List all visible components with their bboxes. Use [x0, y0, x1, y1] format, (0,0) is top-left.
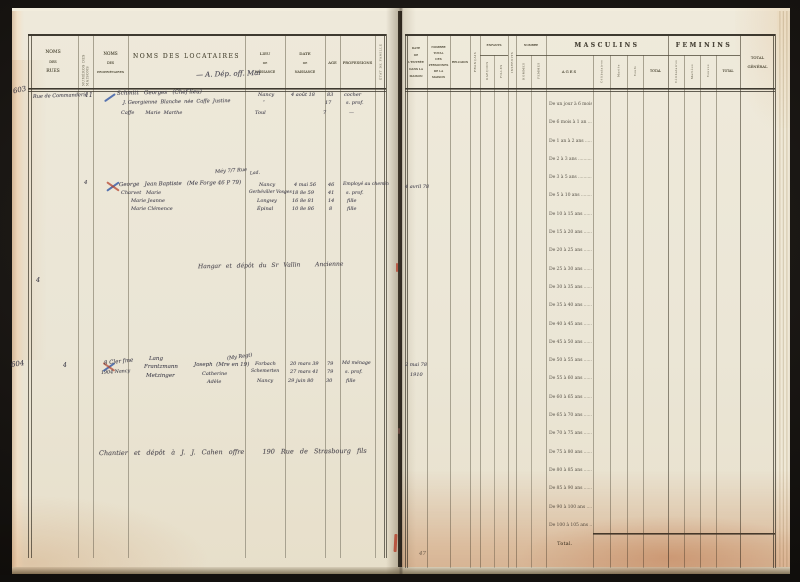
age-range-row: De 1 an à 2 ans — [549, 133, 592, 151]
hw-entry-date: 2 mai 78 — [405, 362, 427, 368]
header-line: DE — [414, 53, 418, 57]
hw-profession: fille — [347, 198, 357, 204]
banner-masculins: MASCULINS — [546, 36, 668, 54]
hw-profession: s. prof. — [346, 190, 364, 196]
hw-tenant-name: Frantzmann — [144, 364, 178, 370]
header-line: DES — [435, 57, 441, 61]
hw-age: 46 — [328, 182, 334, 188]
header-line: DANS LA — [409, 67, 423, 71]
hw-age: 79 — [327, 361, 333, 367]
hw-profession: — — [349, 110, 354, 116]
age-range-row: De 40 à 45 ans — [549, 316, 592, 334]
header-line: AGES — [562, 69, 577, 74]
hw-profession: cocher — [344, 92, 361, 98]
ink-tick — [398, 428, 400, 434]
column-header-f-veuves: Veuves — [701, 56, 715, 86]
hw-profession: s. prof. — [345, 369, 363, 375]
column-header-lieu-naissance: LIEU DE NAISSANCE — [245, 36, 285, 88]
hw-birthplace: Nancy — [258, 92, 274, 98]
column-header-filles: FILLES — [495, 56, 507, 86]
column-header-date-naissance: DATE DE NAISSANCE — [285, 36, 325, 88]
column-header-age: AGE — [325, 36, 340, 88]
age-range-row: De 80 à 85 ans — [549, 462, 592, 480]
hw-birthdate: 27 mars 41 — [290, 369, 319, 375]
age-range-row: De un jour à 6 mois — [549, 96, 592, 114]
age-range-row: De 70 à 75 ans — [549, 425, 592, 443]
age-range-row: De 3 à 5 ans — [549, 169, 592, 187]
banner-text: FEMININS — [676, 42, 732, 49]
hw-tenant-name: Marie Clémence — [131, 206, 173, 212]
header-line: MAISON — [432, 75, 445, 79]
column-header-m-total: TOTAL — [643, 55, 668, 87]
header-line: TOTAL — [722, 69, 733, 73]
hw-age: 30 — [326, 378, 332, 384]
hw-tenant-name: Joseph (Mre en 19) — [194, 362, 249, 368]
group-header-enfants: ENFANTS — [480, 38, 508, 52]
column-header-m-celibataires: Célibataires — [594, 56, 609, 86]
header-line: NOMBRE — [431, 45, 445, 49]
hw-profession: s. prof. — [346, 100, 364, 106]
group-header-nombre: NOMBRE — [516, 38, 546, 52]
hw-tenant-name: Charvet Marie — [121, 190, 161, 196]
hw-entry-date: 1910 — [410, 372, 423, 378]
header-line: TOTAL — [650, 69, 661, 73]
age-range-row: De 45 à 50 ans — [549, 334, 592, 352]
hw-margin-annotation: Lad. — [250, 171, 260, 177]
header-line: TOTAL — [433, 51, 443, 55]
age-range-row: De 55 à 60 ans — [549, 370, 592, 388]
column-header-total-general: TOTAL GÉNÉRAL — [740, 36, 775, 88]
header-line: RELIGION — [452, 60, 468, 64]
hw-profession: Employé au chemin — [343, 182, 389, 187]
hw-age: 8 — [329, 206, 332, 212]
hw-age: 79 — [327, 369, 333, 375]
hw-tenant-name: Caffe Marie Marthe — [121, 110, 182, 116]
column-header-numeros-maisons: NUMÉROS DES MAISONS — [79, 38, 92, 86]
hw-birthplace: Longwy — [257, 198, 277, 204]
column-header-etat-famille: ÉTAT DE FAMILLE — [376, 38, 385, 86]
age-range-row: De 15 à 20 ans — [549, 224, 592, 242]
column-header-instruits: INSTRUITS — [508, 38, 516, 86]
hw-ditto-mark: ″ — [263, 100, 265, 106]
column-header-hommes: HOMMES — [517, 56, 530, 86]
column-header-m-veufs: Veufs — [628, 56, 642, 86]
hw-birthplace: Gerbéviller Vosges — [249, 190, 292, 195]
header-line: PROPRIÉTAIRES — [97, 70, 124, 74]
header-line: NOMS — [103, 51, 117, 56]
header-line: DE LA — [434, 69, 443, 73]
column-header-f-mariees: Mariées — [685, 56, 699, 86]
header-line: PERSONNES — [429, 63, 449, 67]
hw-tenant-name: Adèle — [207, 379, 221, 385]
hw-tenant-name: Metzinger — [146, 373, 175, 379]
age-range-row: De 2 à 3 ans — [549, 151, 592, 169]
column-header-garcons: GARÇONS — [481, 56, 493, 86]
hw-birthdate: 4 mai 56 — [294, 182, 316, 188]
header-line: TOTAL — [751, 55, 764, 60]
hw-age: 14 — [328, 198, 334, 204]
column-header-rues: NOMS DES RUES — [28, 36, 78, 88]
hw-birthplace: Schemerten — [251, 369, 279, 374]
column-header-nombre-personnes: NOMBRE TOTAL DES PERSONNES DE LA MAISON — [427, 36, 450, 88]
age-range-row: De 30 à 35 ans — [549, 279, 592, 297]
header-line: DE — [303, 61, 308, 65]
age-range-row: De 65 à 70 ans — [549, 407, 592, 425]
age-range-row: De 85 à 90 ans — [549, 480, 592, 498]
hw-margin-mark: 4 — [36, 276, 40, 284]
hw-entry-date: 4 avril 78 — [405, 184, 429, 190]
hw-birthdate: 20 mars 39 — [290, 361, 319, 367]
hw-birthplace: Nancy — [259, 182, 275, 188]
hw-birthdate: 10 8e 86 — [292, 206, 314, 212]
header-line: DATE — [412, 46, 420, 50]
hw-birthplace: Épinal — [257, 206, 273, 212]
column-header-femmes: FEMMES — [532, 56, 545, 86]
column-header-ages: AGES — [546, 55, 593, 87]
hw-profession: fille — [346, 378, 356, 384]
header-line: DATE — [299, 51, 310, 56]
age-range-row: De 35 à 40 ans — [549, 297, 592, 315]
hw-foot-number: 47 — [419, 551, 426, 557]
header-line: AGE — [328, 60, 337, 65]
banner-text: MASCULINS — [575, 42, 640, 49]
header-line: L'ENTRÉE — [408, 60, 424, 64]
age-range-row: De 6 mois à 1 an — [549, 114, 592, 132]
age-range-row: De 60 à 65 ans — [549, 389, 592, 407]
header-line: NAISSANCE — [295, 70, 316, 74]
column-header-f-celibataires: Célibataires — [669, 56, 683, 86]
age-range-row: De 20 à 25 ans — [549, 242, 592, 260]
header-line: GÉNÉRAL — [747, 64, 767, 69]
hw-age: 7 — [323, 110, 326, 116]
age-range-row: De 10 à 15 ans — [549, 206, 592, 224]
hw-birthdate: 16 8e 81 — [292, 198, 314, 204]
header-line: DES — [107, 61, 114, 65]
banner-feminins: FEMININS — [668, 36, 740, 54]
age-range-row: De 90 à 100 ans — [549, 499, 592, 517]
header-line: LIEU — [260, 51, 271, 56]
hw-birthplace: Forbach — [255, 361, 276, 367]
photo-background: NOMS DES RUES NUMÉROS DES MAISONS NOMS D… — [0, 0, 800, 582]
hw-birthplace: Toul — [255, 110, 266, 116]
age-range-row: De 5 à 10 ans — [549, 187, 592, 205]
hw-age: 83 — [327, 92, 333, 98]
hw-house-number: 4 — [63, 362, 67, 369]
hw-profession: fille — [347, 206, 357, 212]
header-line: DE — [263, 61, 268, 65]
header-line: NOMS DES LOCATAIRES — [133, 53, 240, 60]
hw-house-number: 11 — [85, 92, 93, 99]
hw-house-number: 4 — [84, 180, 88, 186]
header-line: NOMS — [45, 50, 60, 55]
column-header-m-maries: Mariés — [611, 56, 626, 86]
hw-birthplace: Nancy — [257, 378, 273, 384]
hw-age: 41 — [328, 190, 334, 196]
hw-tenant-name: Catherine — [202, 371, 227, 377]
hw-tenant-name: Lang — [149, 356, 163, 362]
hw-tenant-name: Marie Jeanne — [131, 198, 165, 204]
column-header-francais: FRANÇAIS — [471, 38, 479, 86]
header-line: ENFANTS — [487, 43, 502, 47]
header-line: RUES — [46, 69, 60, 74]
header-line: DES — [49, 60, 57, 64]
total-row-label: Total. — [540, 542, 590, 547]
column-header-professions: PROFESSIONS — [340, 36, 375, 88]
header-line: MAISON — [409, 74, 422, 78]
hw-profession: Md ménage — [342, 361, 371, 366]
column-header-proprietaires: NOMS DES PROPRIÉTAIRES — [93, 36, 128, 88]
hw-age: 17 — [325, 100, 331, 106]
header-line: NOMBRE — [524, 43, 538, 47]
hw-birthdate: 29 juin 80 — [288, 378, 314, 384]
hw-birthdate: 4 août 18 — [291, 92, 315, 98]
red-pencil-mark — [396, 263, 398, 272]
age-range-row: De 75 à 80 ans — [549, 444, 592, 462]
age-range-row: De 100 à 105 ans — [549, 517, 592, 535]
age-range-row: De 50 à 55 ans — [549, 352, 592, 370]
column-header-f-total: TOTAL — [716, 55, 740, 87]
hw-birthdate: 18 8e 59 — [292, 190, 314, 196]
column-header-date-entree: DATE DE L'ENTRÉE DANS LA MAISON — [405, 36, 427, 88]
age-range-list: De un jour à 6 moisDe 6 mois à 1 anDe 1 … — [549, 96, 592, 535]
age-range-row: De 25 à 30 ans — [549, 261, 592, 279]
column-header-religion: RELIGION — [450, 36, 470, 88]
header-line: PROFESSIONS — [343, 60, 373, 65]
